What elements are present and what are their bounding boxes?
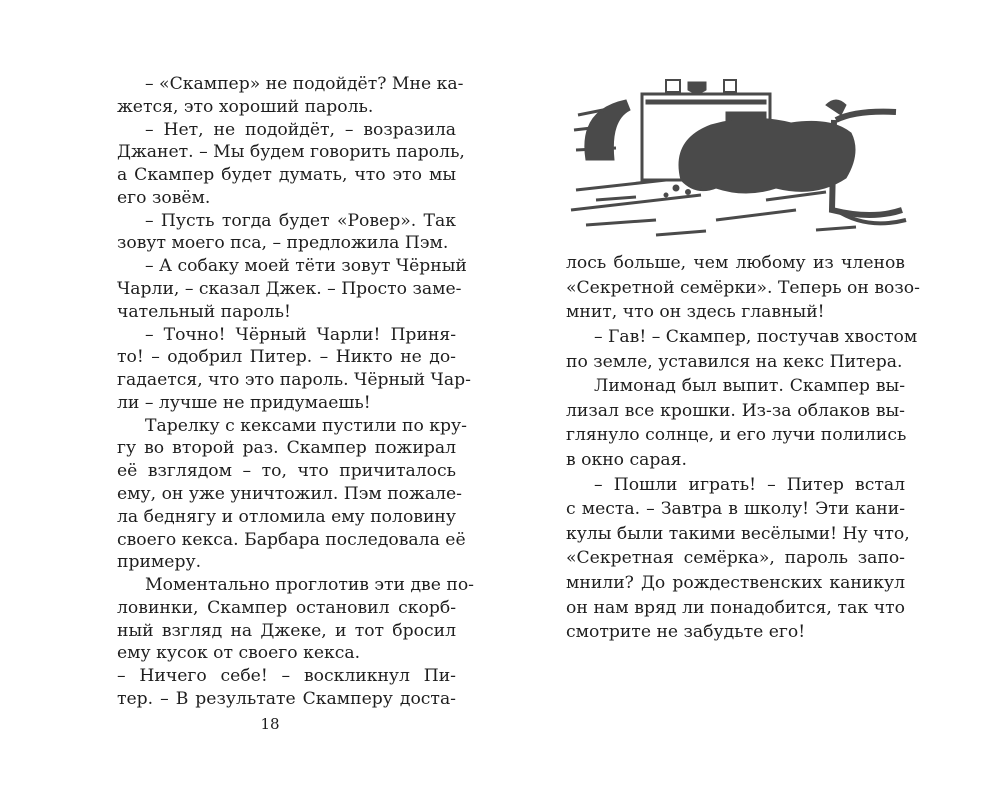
text-line: лизал все крошки. Из-за облаков вы- — [566, 399, 905, 424]
text-line: – Ничего себе! – воскликнул Пи- — [117, 664, 456, 689]
text-line: лось больше, чем любому из членов — [566, 251, 905, 276]
text-line: мнили? До рождественских каникул — [566, 571, 905, 596]
text-line: мнит, что он здесь главный! — [566, 300, 905, 325]
text-line: с места. – Завтра в школу! Эти кани- — [566, 497, 905, 522]
text-line: – Гав! – Скампер, постучав хвостом — [594, 325, 905, 350]
text-line: Лимонад был выпит. Скампер вы- — [594, 374, 905, 399]
text-line: смотрите не забудьте его! — [566, 620, 905, 645]
text-line: «Секретная семёрка», пароль запо- — [566, 546, 905, 571]
text-line: кулы были такими весёлыми! Ну что, — [566, 522, 905, 547]
text-line: глянуло солнце, и его лучи полились — [566, 423, 905, 448]
text-line: по земле, уставился на кекс Питера. — [566, 350, 905, 375]
text-line: в окно сарая. — [566, 448, 905, 473]
text-line: тер. – В результате Скамперу доста- — [117, 687, 456, 712]
text-line: «Секретной семёрки». Теперь он возо- — [566, 276, 905, 301]
text-line: – Пошли играть! – Питер встал — [594, 473, 905, 498]
text-line: он нам вряд ли понадобится, так что — [566, 596, 905, 621]
dog-illustration-icon — [566, 60, 911, 240]
page-number: 18 — [250, 715, 290, 733]
